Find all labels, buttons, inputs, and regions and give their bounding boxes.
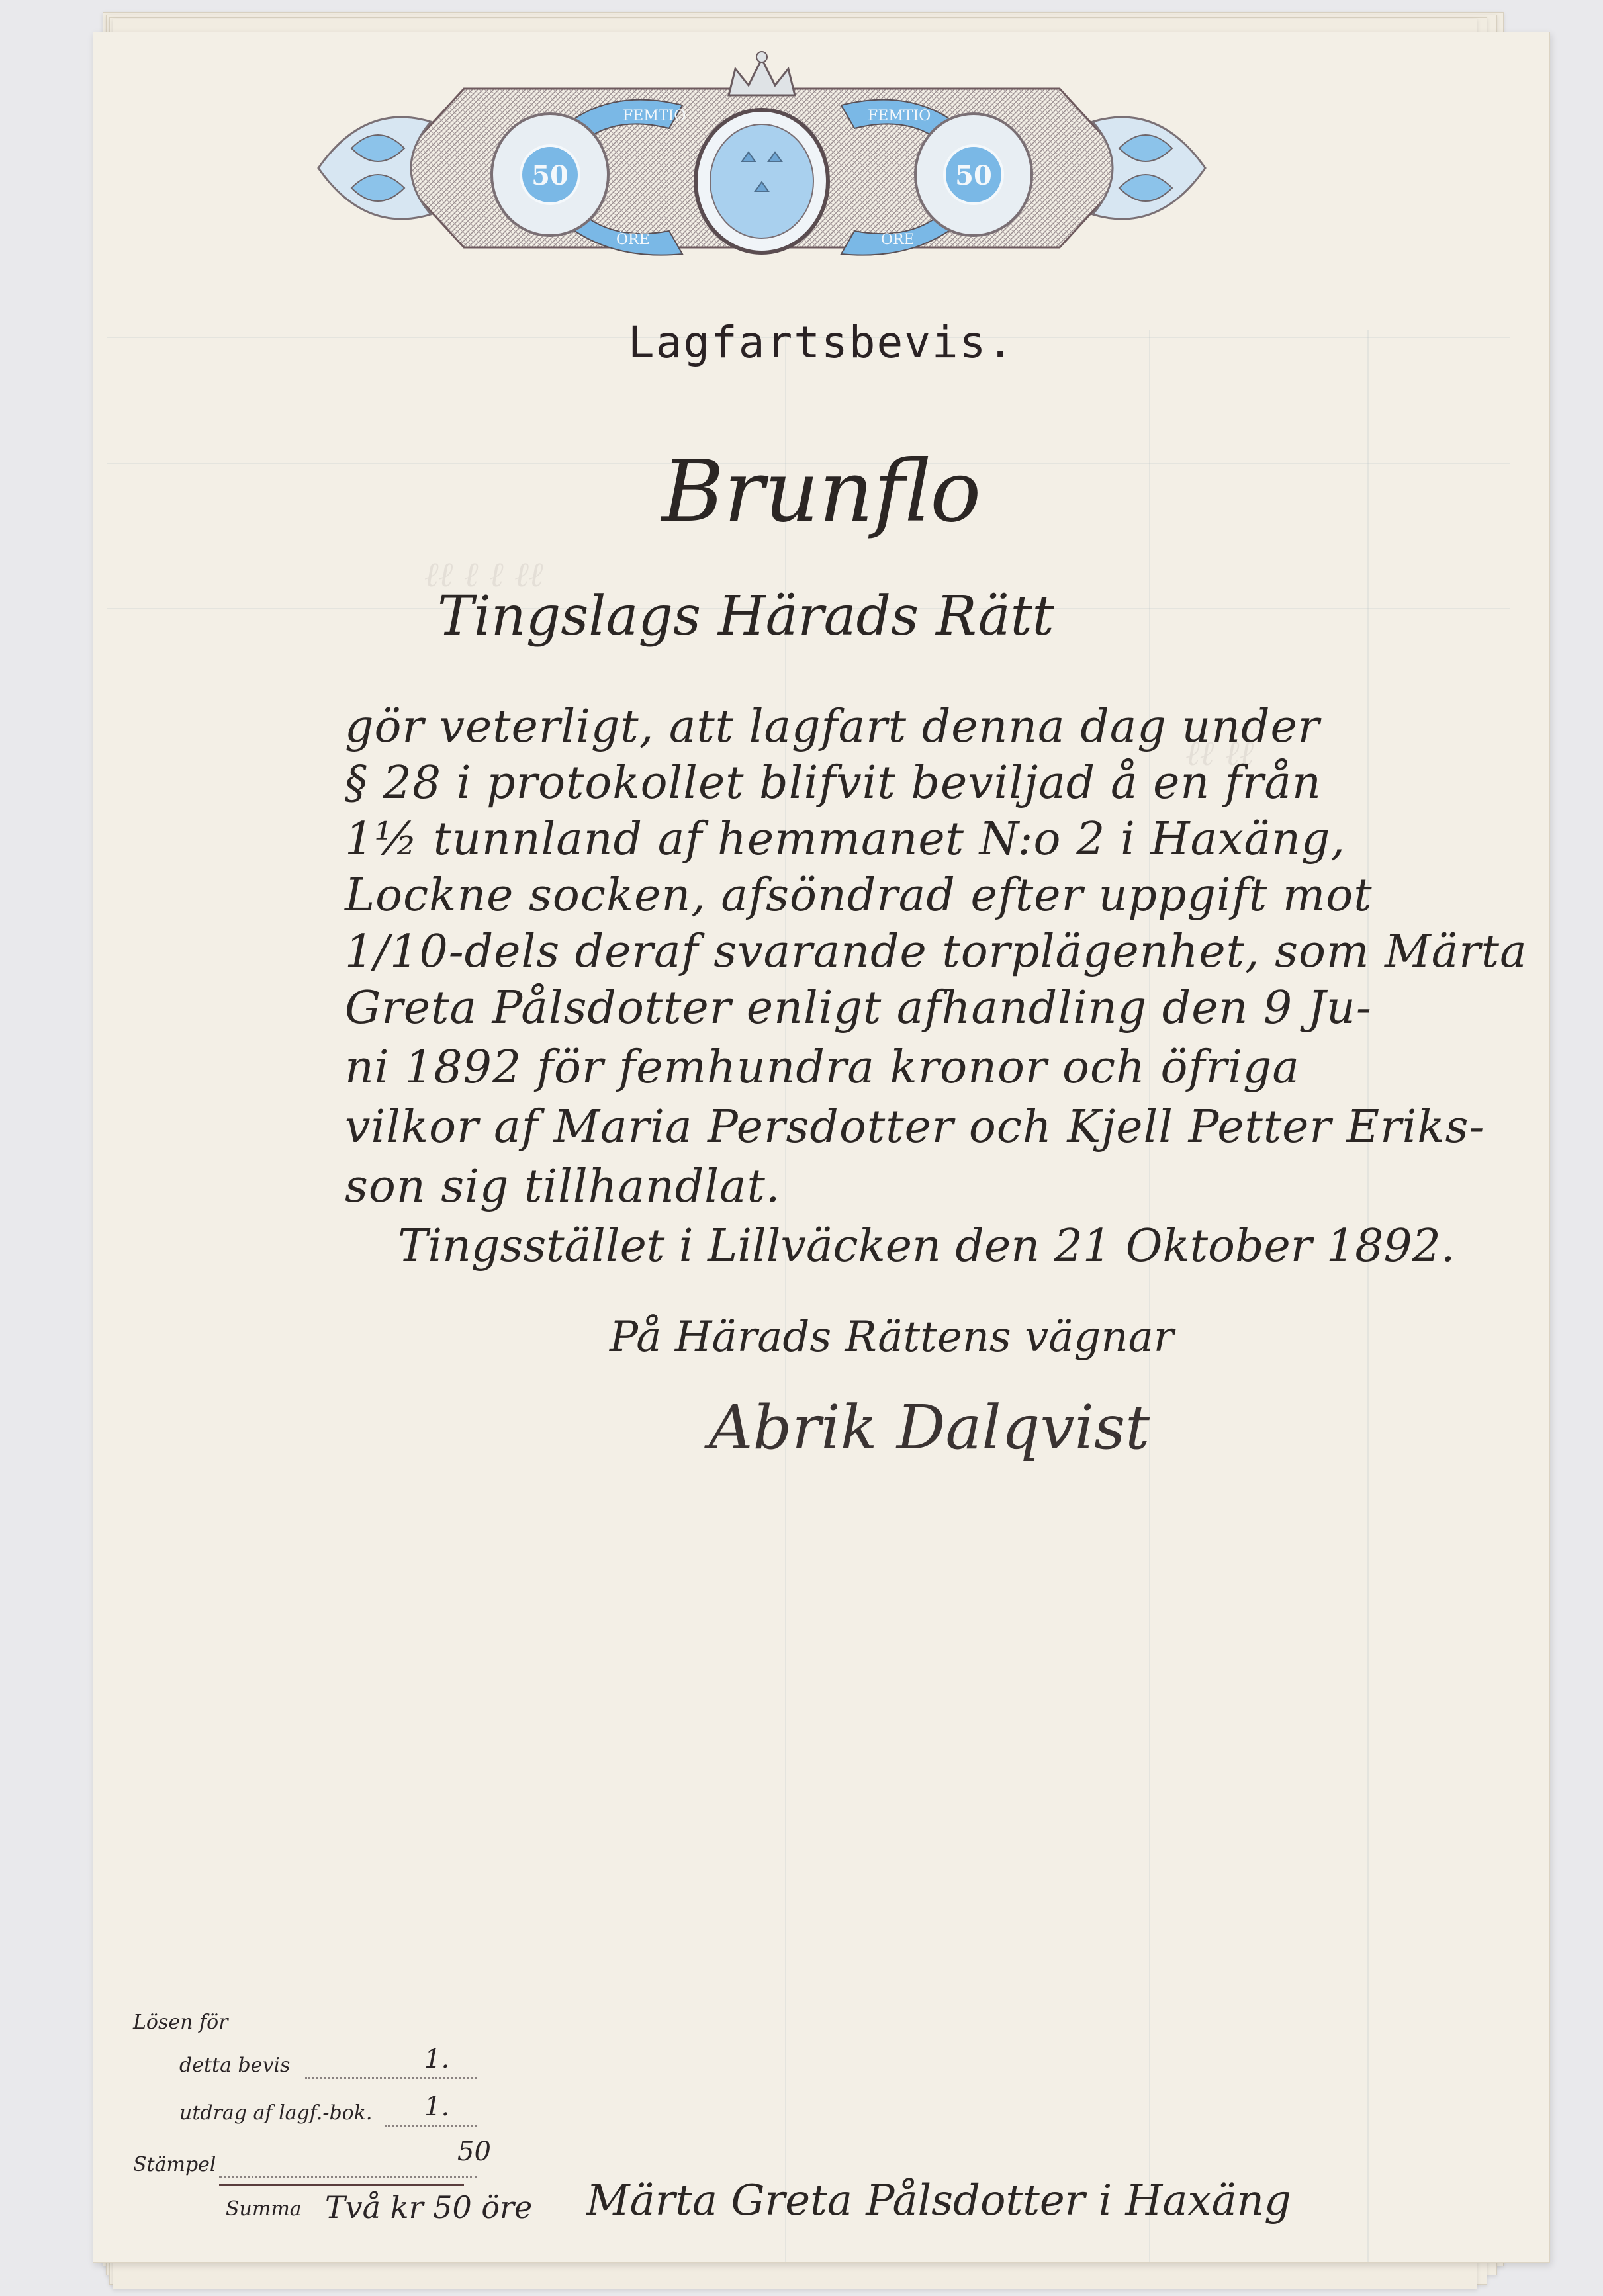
court-name: Brunflo <box>93 443 1549 541</box>
fee-value: 50 <box>457 2137 491 2167</box>
fee-label: detta bevis <box>179 2054 290 2077</box>
body-line: ni 1892 för femhundra kronor och öfriga <box>345 1041 1300 1094</box>
body-line: 1/10-dels deraf svarande torplägenhet, s… <box>345 926 1528 978</box>
fee-label: utdrag af lagf.-bok. <box>179 2101 372 2125</box>
revenue-stamp: FEMTIO FEMTIO ÖRE ÖRE 50 50 <box>312 49 1212 287</box>
fee-value: 1. <box>424 2092 449 2122</box>
place-and-date: Tingsstället i Lillväcken den 21 Oktober… <box>398 1220 1455 1272</box>
body-line: vilkor af Maria Persdotter och Kjell Pet… <box>345 1101 1485 1153</box>
total-value: Två kr 50 öre <box>325 2189 532 2225</box>
svg-text:ÖRE: ÖRE <box>881 230 915 248</box>
fee-leader-dots <box>305 2077 477 2079</box>
fee-leader-dots <box>219 2176 477 2178</box>
body-line: Greta Pålsdotter enligt afhandling den 9… <box>345 982 1372 1034</box>
body-line: 1½ tunnland af hemmanet N:o 2 i Haxäng, <box>345 813 1346 865</box>
revenue-stamp-graphic: FEMTIO FEMTIO ÖRE ÖRE 50 50 <box>312 49 1212 287</box>
court-subtitle: Tingslags Härads Rätt <box>437 585 1054 648</box>
svg-text:50: 50 <box>531 160 569 191</box>
signature: Abrik Dalqvist <box>709 1392 1150 1463</box>
sum-rule <box>219 2184 464 2186</box>
fee-heading: Lösen för <box>133 2011 228 2034</box>
body-line: son sig tillhandlat. <box>345 1161 781 1213</box>
svg-text:FEMTIO: FEMTIO <box>623 108 686 124</box>
document-title: Lagfartsbevis. <box>93 317 1549 368</box>
owner-note: Märta Greta Pålsdotter i Haxäng <box>586 2176 1291 2225</box>
on-behalf-of-court: På Härads Rättens vägnar <box>610 1313 1173 1362</box>
svg-text:ÖRE: ÖRE <box>616 230 650 248</box>
body-line: § 28 i protokollet blifvit beviljad å en… <box>345 757 1322 809</box>
total-label: Summa <box>226 2197 302 2221</box>
document-page: ℓℓ ℓ ℓ ℓℓ ℓℓ ℓℓ FEMTIO FEMTIO <box>93 32 1550 2263</box>
fee-leader-dots <box>385 2125 477 2127</box>
svg-text:50: 50 <box>955 160 992 191</box>
fee-value: 1. <box>424 2044 449 2074</box>
fee-label: Stämpel <box>133 2153 216 2176</box>
body-line: gör veterligt, att lagfart denna dag und… <box>345 701 1320 753</box>
svg-text:FEMTIO: FEMTIO <box>868 108 931 124</box>
body-line: Lockne socken, afsöndrad efter uppgift m… <box>345 869 1373 922</box>
